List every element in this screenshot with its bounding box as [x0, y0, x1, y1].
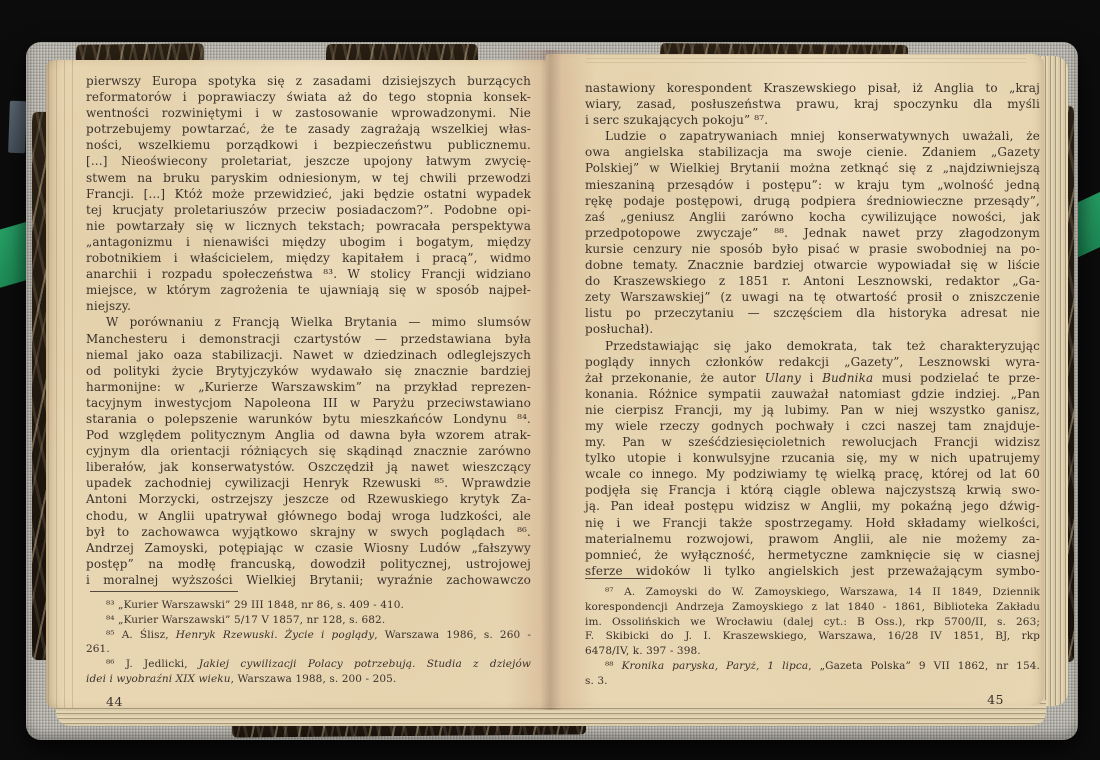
book-photo: pierwszy Europa spotyka się z zasadami d…: [0, 0, 1100, 760]
text-line: wiary, zasad, posłuszeństwa prawu, kraj …: [585, 96, 1040, 112]
text-line: i serc szukających pokoju” ⁸⁷.: [585, 112, 1040, 128]
text-line: konania. Różnice sympatii zauważał natom…: [585, 386, 1040, 402]
text-line: cyjnym dla orientacji różniących się ską…: [86, 443, 531, 459]
footnote-line: ⁸⁷ A. Zamoyski do W. Zamoyskiego, Warsza…: [585, 585, 1040, 600]
text-line: nie powtarzały się w licznych tekstach; …: [86, 218, 531, 234]
footnote-line: F. Skibicki do J. I. Kraszewskiego, Wars…: [585, 629, 1040, 644]
text-line: owa angielska stabilizacja ma swoje cien…: [585, 144, 1040, 160]
text-line: Pod względem politycznym Anglia od dawna…: [86, 427, 531, 443]
text-line: chodu, w Anglii upatrywał głównego bodaj…: [86, 508, 531, 524]
text-line: Andrzej Zamoyski, potępiając w czasie Wi…: [86, 540, 531, 556]
text-line: nię i we Francji także spostrzegamy. Hoł…: [585, 515, 1040, 531]
left-page-footnotes: ⁸³ „Kurier Warszawski” 29 III 1848, nr 8…: [86, 598, 531, 687]
text-line: dobne tematy. Znacznie bardziej otwarcie…: [585, 257, 1040, 273]
text-line: Polskiej” w Wielkiej Brytanii można zetk…: [585, 160, 1040, 176]
text-line: Antoni Morzycki, ostrzejszy jeszcze od R…: [86, 491, 531, 507]
text-line: sferze widoków li tylko angielskich jest…: [585, 563, 1040, 579]
text-line: nastawiony korespondent Kraszewskiego pi…: [585, 80, 1040, 96]
text-line: posłuchał).: [585, 321, 1040, 337]
footnote-line: idei i wyobraźni XIX wieku, Warszawa 198…: [86, 672, 531, 687]
text-line: tej krucjaty proletariuszów przeciw posi…: [86, 202, 531, 218]
footnote-line: 6478/IV, k. 397 - 398.: [585, 644, 1040, 659]
page-left: pierwszy Europa spotyka się z zasadami d…: [46, 60, 546, 708]
footnote-separator-left: [90, 591, 238, 592]
text-line: żał przekonanie, że autor Ulany i Budnik…: [585, 370, 1040, 386]
text-line: niejszy.: [86, 298, 531, 314]
text-line: [...] Nieoświecony proletariat, jeszcze …: [86, 153, 531, 169]
page-number-right: 45: [987, 692, 1004, 707]
text-line: pierwszy Europa spotyka się z zasadami d…: [86, 73, 531, 89]
text-line: Ludzie o zapatrywaniach mniej konserwaty…: [585, 128, 1040, 144]
text-line: my wiele rzeczy godnych pochwały i czci …: [585, 418, 1040, 434]
text-line: niemal jako oaza stabilizacji. Nawet w d…: [86, 347, 531, 363]
page-right: nastawiony korespondent Kraszewskiego pi…: [546, 54, 1044, 706]
text-line: tacyjnym inwestycjom Napoleona III w Par…: [86, 395, 531, 411]
footnote-line: ⁸⁴ „Kurier Warszawski” 5/17 V 1857, nr 1…: [86, 613, 531, 628]
text-line: miejsce, w którym zagrożenia te ujawniaj…: [86, 282, 531, 298]
text-line: stwem na bruku paryskim odniesionym, w t…: [86, 170, 531, 186]
text-line: potrzebujemy powtarzać, że te zasady zag…: [86, 121, 531, 137]
text-line: reformatorów i poprawiaczy świata aż do …: [86, 89, 531, 105]
text-line: W porównaniu z Francją Wielka Brytania —…: [86, 314, 531, 330]
text-line: do Kraszewskiego z 1851 r. Antoni Leszno…: [585, 273, 1040, 289]
text-line: upadek zachodniej cywilizacji Henryk Rze…: [86, 475, 531, 491]
page-number-left: 44: [106, 694, 123, 709]
text-line: podjęła się Francja i którą ciągle oblew…: [585, 482, 1040, 498]
blue-bookmark-tab: [8, 101, 27, 154]
text-line: „antagonizmu i nienawiści między ubogim …: [86, 234, 531, 250]
text-line: i moralnej wyższości Wielkiej Brytanii; …: [86, 572, 531, 588]
text-line: kursie cenzury nie sposób było pisać w p…: [585, 241, 1040, 257]
text-line: pomnieć, że wyłączność, hermetyczne zamk…: [585, 547, 1040, 563]
left-page-body-text: pierwszy Europa spotyka się z zasadami d…: [86, 73, 531, 588]
text-line: liberałów, jak konserwatystów. Oszczędzi…: [86, 459, 531, 475]
footnote-line: ⁸³ „Kurier Warszawski” 29 III 1848, nr 8…: [86, 598, 531, 613]
text-line: wentności rozwiniętymi i w zastosowanie …: [86, 105, 531, 121]
footnote-line: ⁸⁶ J. Jedlicki, Jakiej cywilizacji Polac…: [86, 657, 531, 672]
footnote-line: im. Ossolińskich we Wrocławiu (dalej cyt…: [585, 615, 1040, 630]
text-line: Francji. [...] Któż może przewidzieć, ja…: [86, 186, 531, 202]
footnote-line: korespondencji Andrzeja Zamoyskiego z la…: [585, 600, 1040, 615]
text-line: Przedstawiając się jako demokrata, tak t…: [585, 338, 1040, 354]
footnote-line: 261.: [86, 642, 531, 657]
text-line: harmonijne: w „Kurierze Warszawskim” na …: [86, 379, 531, 395]
text-line: nie cierpisz Francji, my ją lubimy. Pan …: [585, 402, 1040, 418]
text-line: rękę podaje postępowi, drugą podpiera śr…: [585, 193, 1040, 209]
text-line: był to zachowawca wyjątkowo skrajny w sw…: [86, 524, 531, 540]
text-line: mieszaniną przesądów i postępu”: w kraju…: [585, 177, 1040, 193]
text-line: robotnikiem i właścicielem, między kapit…: [86, 250, 531, 266]
footnote-line: ⁸⁵ A. Ślisz, Henryk Rzewuski. Życie i po…: [86, 628, 531, 643]
footnote-separator-right: [585, 578, 651, 579]
text-line: listu po przeczytaniu — szczęściem dla h…: [585, 305, 1040, 321]
text-line: my. Pan w sześćdziesięcioletnich rewoluc…: [585, 434, 1040, 450]
right-page-footnotes: ⁸⁷ A. Zamoyski do W. Zamoyskiego, Warsza…: [585, 585, 1040, 689]
text-line: zaś „geniusz Anglii zarówno kocha cywili…: [585, 209, 1040, 225]
text-line: wcale co innego. My podziwiamy tę wielką…: [585, 466, 1040, 482]
text-line: Manchesteru i demonstracji czartystów — …: [86, 331, 531, 347]
text-line: ności, wszelkiemu porządkowi i bezpiecze…: [86, 137, 531, 153]
text-line: materialnemu rozwojowi, prawom Anglii, a…: [585, 531, 1040, 547]
text-line: przedpotopowe zwyczaje” ⁸⁸. Jednak nawet…: [585, 225, 1040, 241]
text-line: od polityki życie Brytyjczyków wydawało …: [86, 363, 531, 379]
footnote-line: ⁸⁸ Kronika paryska, Paryż, 1 lipca, „Gaz…: [585, 659, 1040, 674]
text-line: postęp” na modłę francuską, dowodził pol…: [86, 556, 531, 572]
footnote-line: s. 3.: [585, 674, 1040, 689]
text-line: tylko utopie i konwulsyjne rzucania się,…: [585, 450, 1040, 466]
text-line: ją. Pan ideał postępu widzisz w Anglii, …: [585, 498, 1040, 514]
text-line: poglądy innych członków redakcji „Gazety…: [585, 354, 1040, 370]
text-line: anarchii i rozpadu społeczeństwa ⁸³. W s…: [86, 266, 531, 282]
text-line: starania o polepszenie warunków bytu mie…: [86, 411, 531, 427]
right-page-body-text: nastawiony korespondent Kraszewskiego pi…: [585, 80, 1040, 579]
text-line: zety Warszawskiej” (z uwagi na tę otwart…: [585, 289, 1040, 305]
